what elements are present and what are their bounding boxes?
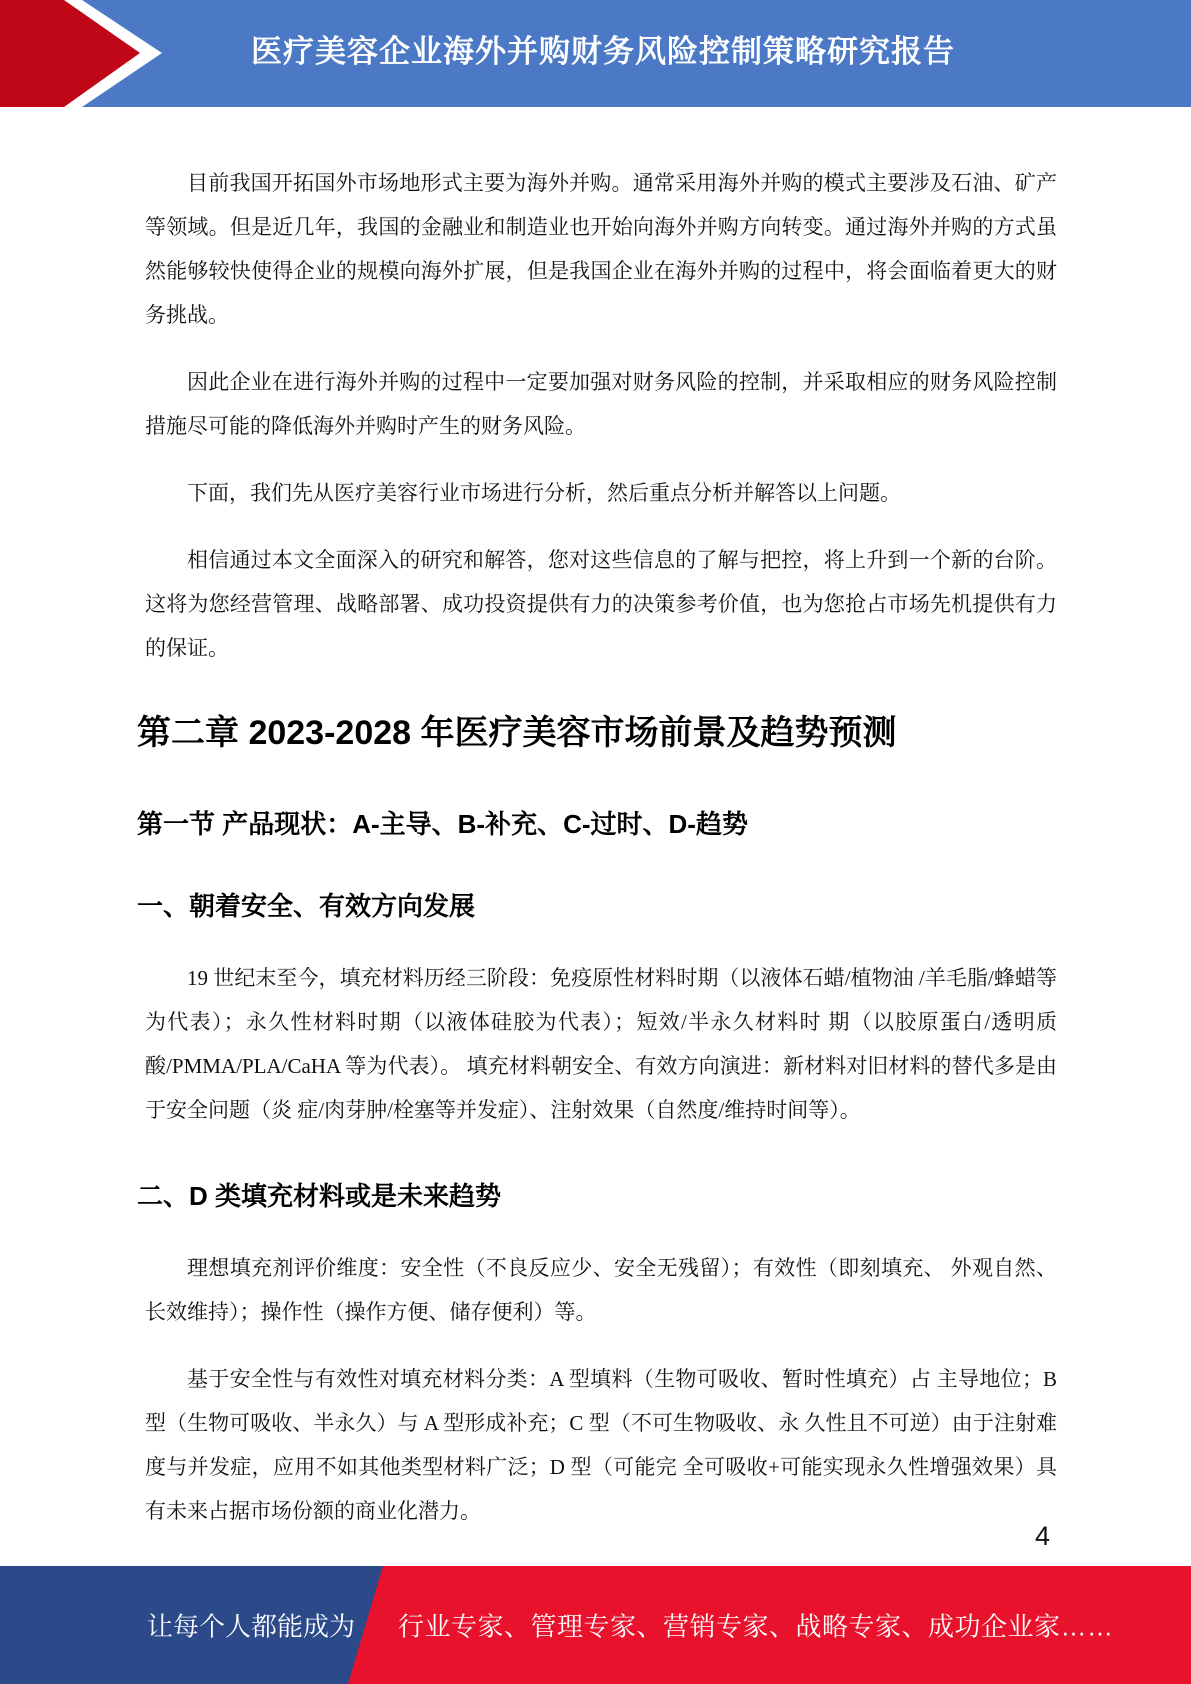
section-heading: 第一节 产品现状：A-主导、B-补充、C-过时、D-趋势 — [137, 806, 1057, 842]
subsection-heading-1: 一、朝着安全、有效方向发展 — [137, 888, 1057, 924]
header-banner: 医疗美容企业海外并购财务风险控制策略研究报告 — [0, 0, 1191, 107]
document-body: 目前我国开拓国外市场地形式主要为海外并购。通常采用海外并购的模式主要涉及石油、矿… — [145, 107, 1057, 1556]
intro-paragraph: 目前我国开拓国外市场地形式主要为海外并购。通常采用海外并购的模式主要涉及石油、矿… — [145, 161, 1057, 337]
intro-paragraph: 相信通过本文全面深入的研究和解答，您对这些信息的了解与把控，将上升到一个新的台阶… — [145, 538, 1057, 670]
page-number: 4 — [1035, 1521, 1050, 1552]
body-paragraph: 理想填充剂评价维度：安全性（不良反应少、安全无残留）；有效性（即刻填充、 外观自… — [145, 1246, 1057, 1334]
body-paragraph: 19 世纪末至今，填充材料历经三阶段：免疫原性材料时期（以液体石蜡/植物油 /羊… — [145, 956, 1057, 1132]
footer-slogan-left: 让每个人都能成为 — [147, 1607, 355, 1644]
subsection-heading-2: 二、D 类填充材料或是未来趋势 — [137, 1178, 1057, 1214]
report-page: 医疗美容企业海外并购财务风险控制策略研究报告 目前我国开拓国外市场地形式主要为海… — [0, 0, 1191, 1684]
report-title: 医疗美容企业海外并购财务风险控制策略研究报告 — [15, 26, 1191, 71]
footer-slogan-right: 行业专家、管理专家、营销专家、战略专家、成功企业家…… — [398, 1607, 1114, 1644]
body-paragraph: 基于安全性与有效性对填充材料分类：A 型填料（生物可吸收、暂时性填充）占 主导地… — [145, 1357, 1057, 1533]
chapter-heading: 第二章 2023-2028 年医疗美容市场前景及趋势预测 — [137, 710, 1057, 756]
intro-paragraph: 下面，我们先从医疗美容行业市场进行分析，然后重点分析并解答以上问题。 — [145, 471, 1057, 515]
intro-paragraph: 因此企业在进行海外并购的过程中一定要加强对财务风险的控制，并采取相应的财务风险控… — [145, 360, 1057, 448]
footer-banner: 让每个人都能成为 行业专家、管理专家、营销专家、战略专家、成功企业家…… — [0, 1566, 1191, 1684]
